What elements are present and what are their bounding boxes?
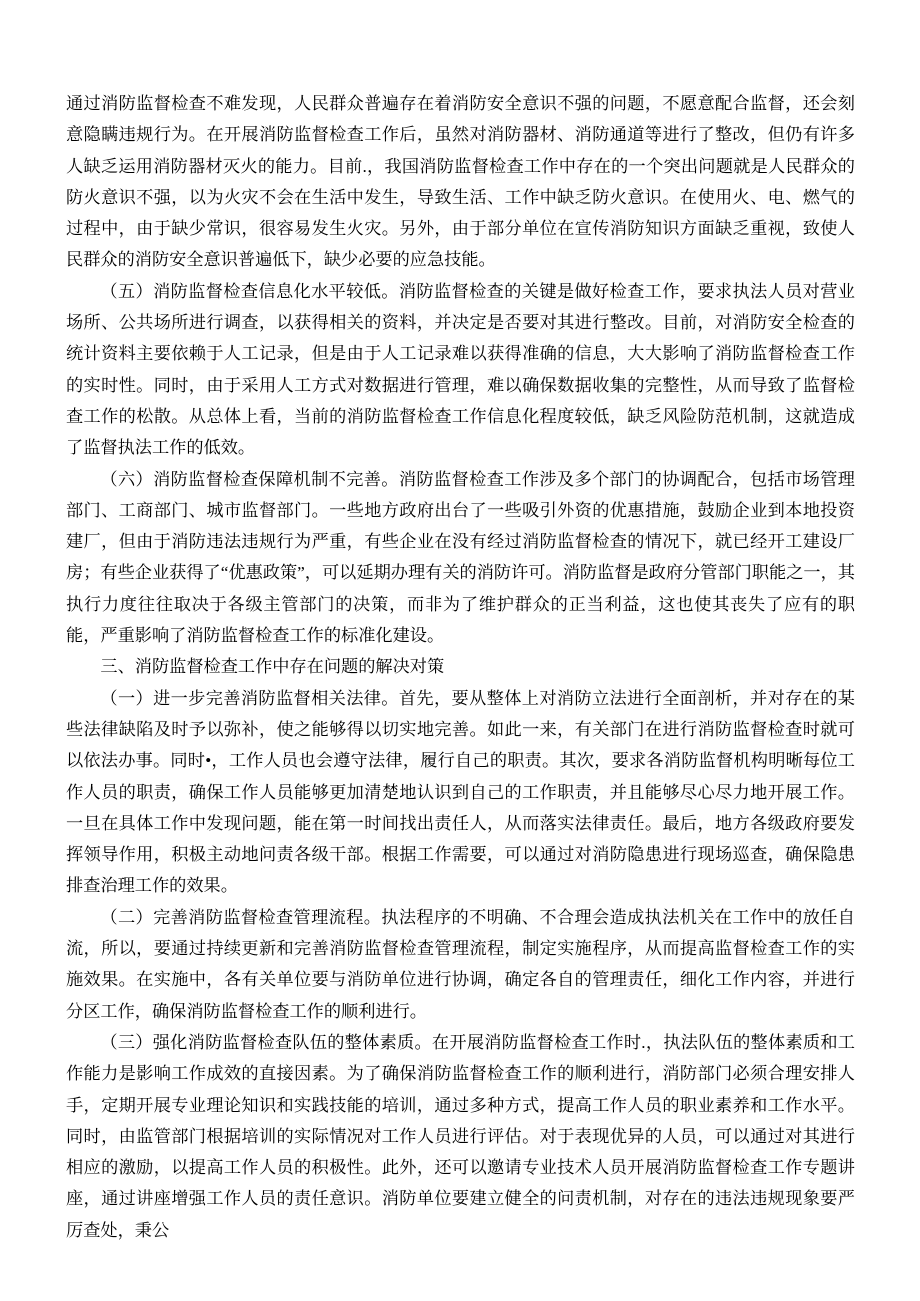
paragraph-issue-5: （五）消防监督检查信息化水平较低。消防监督检查的关键是做好检查工作，要求执法人员… xyxy=(66,276,855,464)
document-text-block: 通过消防监督检查不难发现，人民群众普遍存在着消防安全意识不强的问题，不愿意配合监… xyxy=(66,88,855,1246)
document-page: 通过消防监督检查不难发现，人民群众普遍存在着消防安全意识不强的问题，不愿意配合监… xyxy=(0,0,920,1301)
paragraph-issue-6: （六）消防监督检查保障机制不完善。消防监督检查工作涉及多个部门的协调配合，包括市… xyxy=(66,464,855,652)
paragraph-solution-2: （二）完善消防监督检查管理流程。执法程序的不明确、不合理会造成执法机关在工作中的… xyxy=(66,902,855,1027)
paragraph-solution-3: （三）强化消防监督检查队伍的整体素质。在开展消防监督检查工作时.，执法队伍的整体… xyxy=(66,1027,855,1246)
paragraph-continuation: 通过消防监督检查不难发现，人民群众普遍存在着消防安全意识不强的问题，不愿意配合监… xyxy=(66,88,855,276)
section-heading: 三、消防监督检查工作中存在问题的解决对策 xyxy=(66,651,855,682)
paragraph-solution-1: （一）进一步完善消防监督相关法律。首先，要从整体上对消防立法进行全面剖析，并对存… xyxy=(66,683,855,902)
